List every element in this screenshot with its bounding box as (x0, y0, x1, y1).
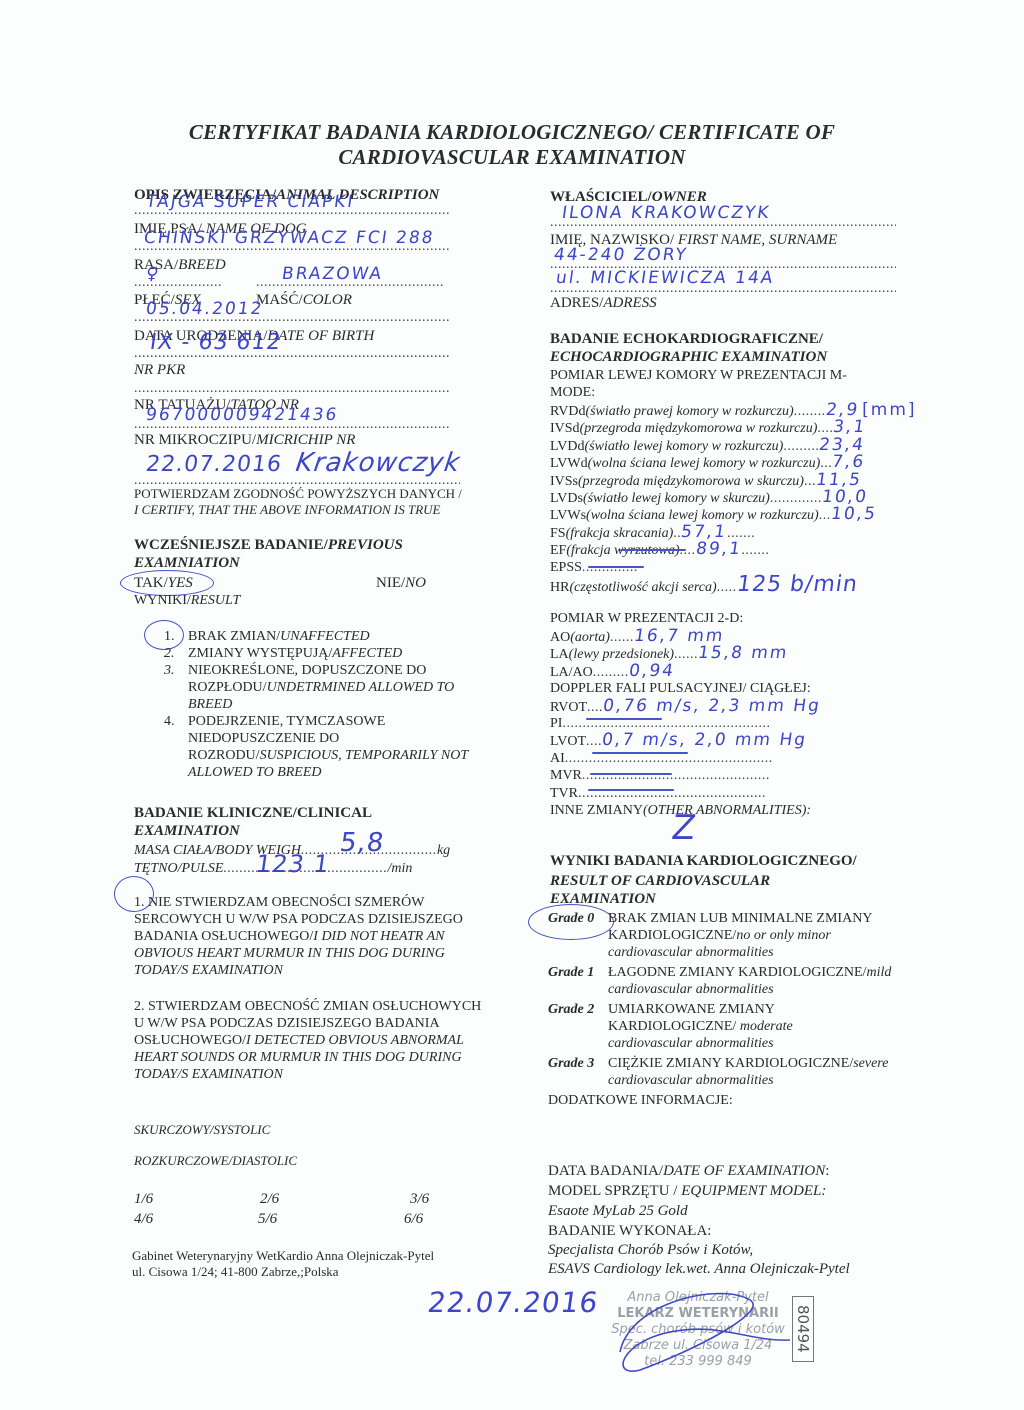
previous-no-option[interactable]: NIE/NO (376, 574, 426, 592)
lvot-underline (592, 752, 688, 754)
certify-date-handwritten: 22.07.2016 (144, 452, 283, 477)
owner-address-label: ADRES/ADRESS (550, 294, 657, 312)
mvr-strike (590, 773, 672, 775)
doppler-mvr: MVR.....................................… (550, 767, 890, 784)
clinic-address: ul. Cisowa 1/24; 41-800 Zabrze,;Polska (132, 1264, 339, 1280)
owner-address-line1[interactable]: 44-240 ŻORY (553, 245, 690, 265)
certify-statement-en: I CERTIFY, THAT THE ABOVE INFORMATION IS… (134, 502, 440, 518)
murmur-option-1[interactable]: 1. NIE STWIERDZAM OBECNOŚCI SZMERÓW SERC… (134, 894, 494, 979)
pkr-number-value[interactable]: IX - 63 612 (148, 330, 283, 355)
clinical-exam-heading: BADANIE KLINICZNE/CLINICAL (134, 804, 372, 822)
systolic-label[interactable]: SKURCZOWY/SYSTOLIC (134, 1122, 270, 1138)
previous-exam-heading-cont: EXAMNIATION (134, 554, 240, 572)
exam-date-label: DATA BADANIA/DATE OF EXAMINATION: (548, 1162, 829, 1180)
pi-strike (586, 718, 662, 720)
owner-name-value[interactable]: ILONA KRAKOWCZYK (561, 203, 772, 223)
measurement-la-ao: LA/AO.........0,94 (550, 663, 890, 680)
previous-yes-option[interactable]: TAK/YES (134, 574, 193, 592)
certify-statement-pl: POTWIERDZAM ZGODNOŚĆ POWYŻSZYCH DANYCH / (134, 486, 462, 502)
certificate-title-line1: CERTYFIKAT BADANIA KARDIOLOGICZNEGO/ CER… (0, 120, 1024, 145)
murmur-grade-1-6[interactable]: 1/6 (134, 1190, 153, 1208)
previous-result-label: WYNIKI/RESULT (134, 592, 240, 609)
murmur-option-2[interactable]: 2. STWIERDZAM OBECNOŚĆ ZMIAN OSŁUCHOWYCH… (134, 998, 494, 1083)
ef-underline (620, 549, 686, 551)
exam-date-handwritten: 22.07.2016 (426, 1286, 601, 1319)
epss-strike (588, 566, 644, 568)
measurement-lvwd: LVWd(wolna ściana lewej komory w rozkurc… (550, 454, 890, 471)
murmur-grade-4-6[interactable]: 4/6 (134, 1210, 153, 1228)
result-option[interactable]: 2.ZMIANY WYSTĘPUJĄ/AFFECTED (164, 645, 494, 662)
additional-info-label: DODATKOWE INFORMACJE: (548, 1092, 908, 1109)
result-option[interactable]: 1.BRAK ZMIAN/UNAFFECTED (164, 628, 494, 645)
performer-line2: ESAVS Cardiology lek.wet. Anna Olejnicza… (548, 1260, 850, 1278)
equipment-value: Esaote MyLab 25 Gold (548, 1202, 688, 1220)
measurement-la: LA(lewy przedsionek)......15,8 mm (550, 645, 890, 662)
color-value[interactable]: BRAZOWA (281, 264, 385, 284)
result-heading-en: RESULT OF CARDIOVASCULAR (550, 872, 770, 890)
performer-line1: Specjalista Chorób Psów i Kotów, (548, 1241, 753, 1259)
measurement-hr: HR(częstotliwość akcji serca).....125 b/… (550, 576, 890, 596)
grade-2-option[interactable]: Grade 2UMIARKOWANE ZMIANY KARDIOLOGICZNE… (548, 1001, 908, 1052)
tvr-strike (588, 789, 674, 791)
murmur-grade-2-6[interactable]: 2/6 (260, 1190, 279, 1208)
murmur-grade-5-6[interactable]: 5/6 (258, 1210, 277, 1228)
previous-exam-heading: WCZEŚNIEJSZE BADANIE/PREVIOUS (134, 536, 403, 554)
equipment-label: MODEL SPRZĘTU / EQUIPMENT MODEL: (548, 1182, 826, 1200)
doppler-label: DOPPLER FALI PULSACYJNEJ/ CIĄGŁEJ: (550, 680, 890, 697)
result-heading-pl: WYNIKI BADANIA KARDIOLOGICZNEGO/ (550, 852, 857, 870)
mmode-label: POMIAR LEWEJ KOMORY W PREZENTACJI M-MODE… (550, 367, 890, 401)
twod-label: POMIAR W PREZENTACJI 2-D: (550, 610, 743, 627)
vet-signature-scribble (600, 1282, 800, 1380)
date-of-birth-value[interactable]: 05.04.2012 (145, 299, 265, 319)
doppler-rvot: RVOT....0,76 m/s, 2,3 mm Hg (550, 698, 890, 715)
clinical-exam-heading-cont: EXAMINATION (134, 822, 240, 840)
doppler-tvr: TVR.....................................… (550, 785, 890, 802)
owner-address-line2[interactable]: ul. MICKIEWICZA 14A (555, 268, 776, 288)
murmur-grade-3-6[interactable]: 3/6 (410, 1190, 429, 1208)
previous-results-list: 1.BRAK ZMIAN/UNAFFECTED 2.ZMIANY WYSTĘPU… (164, 628, 494, 781)
certificate-title-line2: CARDIOVASCULAR EXAMINATION (0, 145, 1024, 170)
other-abnormalities-value[interactable]: Z (669, 808, 700, 848)
echo-heading-en: ECHOCARDIOGRAPHIC EXAMINATION (550, 348, 827, 366)
pkr-label: NR PKR (134, 361, 185, 379)
dog-name-value[interactable]: TAJGA ŚUPER CIAPKI (145, 192, 356, 212)
pulse-value[interactable]: 123 1 (254, 850, 332, 878)
grade-1-option[interactable]: Grade 1ŁAGODNE ZMIANY KARDIOLOGICZNE/mil… (548, 964, 908, 998)
clinic-name: Gabinet Weterynaryjny WetKardio Anna Ole… (132, 1248, 434, 1264)
microchip-value[interactable]: 967000009421436 (145, 405, 340, 425)
diastolic-label[interactable]: ROZKURCZOWE/DIASTOLIC (134, 1153, 297, 1169)
measurement-ef: EF(frakcja wyrzutowa)....89,1....... (550, 541, 890, 558)
grade-3-option[interactable]: Grade 3CIĘŻKIE ZMIANY KARDIOLOGICZNE/sev… (548, 1055, 908, 1089)
sex-value[interactable]: ♀ (145, 264, 162, 284)
body-weight-value[interactable]: 5,8 (338, 828, 387, 858)
doppler-lvot: LVOT....0,7 m/s, 2,0 mm Hg (550, 732, 890, 749)
grade-0-option[interactable]: Grade 0BRAK ZMIAN LUB MINIMALNE ZMIANY K… (548, 910, 908, 961)
grade-list: Grade 0BRAK ZMIAN LUB MINIMALNE ZMIANY K… (548, 910, 908, 1109)
color-label: MAŚĆ/COLOR (256, 291, 352, 309)
other-abnormalities-label: INNE ZMIANY(OTHER ABNORMALITIES): (550, 802, 890, 819)
performed-by-label: BADANIE WYKONAŁA: (548, 1222, 711, 1240)
microchip-label: NR MIKROCZIPU/MICRICHIP NR (134, 431, 355, 449)
owner-signature: Krakowczyk (294, 448, 463, 478)
breed-value[interactable]: CHIŃSKI GRZYWACZ FCI 288 (143, 228, 436, 248)
murmur-grade-6-6[interactable]: 6/6 (404, 1210, 423, 1228)
result-option[interactable]: 4.PODEJRZENIE, TYMCZASOWE NIEDOPUSZCZENI… (164, 713, 494, 781)
echo-heading-pl: BADANIE ECHOKARDIOGRAFICZNE/ (550, 330, 823, 348)
result-option[interactable]: 3.NIEOKREŚLONE, DOPUSZCZONE DO ROZPŁODU/… (164, 662, 494, 713)
